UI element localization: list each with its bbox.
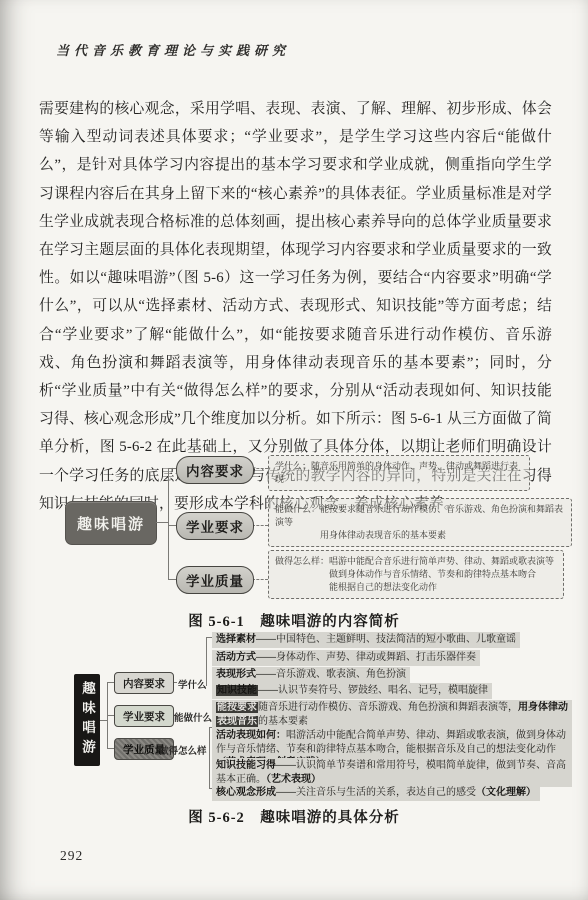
connector-line [252,525,268,526]
row-text: 关注音乐与生活的关系，表达自己的感受 [296,787,476,798]
fig2-row-knowledge-acquisition: 知识技能习得——认识简单节奏谱和常用符号，模唱简单旋律，做到节奏、音高基本正确。… [212,758,572,787]
connector-line [168,579,176,580]
connector-line [107,682,114,683]
fig1-note-what-to-learn: 学什么：随音乐用简单的身体动作、声势、律动或舞蹈进行表现 [268,455,530,491]
fig1-branch-academic-requirement: 学业要求 [176,512,254,540]
row-separator: —— [256,634,276,645]
connector-line [252,468,268,469]
book-page: 当代音乐教育理论与实践研究 需要建构的核心观念，采用学唱、表现、表演、了解、理解… [0,0,588,900]
row-separator: —— [256,669,276,680]
fig2-question-how-well-done: 做得怎么样 [159,743,207,757]
fig1-root-node: 趣味唱游 [66,502,156,544]
row-segment-inverted: 表现音乐 [216,716,258,727]
row-text: 身体动作、声势、律动或舞蹈、打击乐器伴奏 [276,652,476,663]
row-text: 认识节奏符号、锣鼓经、唱名、记号，模唱旋律 [278,685,488,696]
page-number: 292 [60,848,83,864]
connector-line [168,468,169,580]
connector-line [107,715,114,716]
fig2-row-core-concept: 核心观念形成——关注音乐与生活的关系，表达自己的感受（文化理解） [212,785,540,801]
row-separator: —— [256,652,276,663]
connector-line [168,468,176,469]
row-label: 活动方式 [216,652,256,663]
row-text: 音乐游戏、歌表演、角色扮演 [276,669,406,680]
figure-5-6-1: 趣味唱游 内容要求 学业要求 学业质量 学什么：随音乐用简单的身体动作、声势、律… [0,452,588,608]
fig1-branch-academic-quality: 学业质量 [176,566,254,594]
connector-line [252,579,268,580]
row-text: 的基本要素 [258,716,308,727]
fig2-row-knowledge-skills: 知识技能——认识节奏符号、锣鼓经、唱名、记号，模唱旋律 [212,683,492,699]
figure2-caption: 图 5-6-2 趣味唱游的具体分析 [0,806,588,827]
figure-5-6-2: 趣味唱游 内容要求 学业要求 学业质量 学什么 能做什么 做得怎么样 选择素材—… [0,628,588,806]
fig1-branch-content-requirement: 内容要求 [176,456,254,484]
row-separator: —— [276,787,296,798]
row-label: 活动表现如何： [216,730,286,741]
row-label: 选择素材 [216,634,256,645]
row-label: 核心观念形成 [216,787,276,798]
row-text: 随音乐进行动作模仿、音乐游戏、角色扮演和舞蹈表演等， [258,702,518,713]
fig2-root-node: 趣味唱游 [74,674,100,766]
fig1-note-how-well-done: 做得怎么样：唱游中能配合音乐进行简单声势、律动、舞蹈或歌表演等 做到身体动作与音… [268,550,564,599]
fig2-question-what-to-learn: 学什么 [178,677,207,691]
fig2-question-what-can-do: 能做什么 [174,710,212,724]
row-separator: —— [258,685,278,696]
connector-line [100,720,107,721]
row-segment-inverted: 能按要求 [216,702,258,713]
row-label: 知识技能习得 [216,760,276,771]
bracket-line [209,727,210,789]
row-suffix-bold: （艺术表现） [266,774,321,785]
fig2-row-activity-mode: 活动方式——身体动作、声势、律动或舞蹈、打击乐器伴奏 [212,650,480,666]
row-separator: —— [276,760,296,771]
fig2-row-select-material: 选择素材——中国特色、主题鲜明、技法简洁的短小歌曲、儿歌童谣 [212,632,520,648]
fig2-row-what-can-do: 能按要求随音乐进行动作模仿、音乐游戏、角色扮演和舞蹈表演等，用身体律动表现音乐的… [212,700,572,729]
fig2-branch-content-requirement: 内容要求 [114,672,174,694]
row-label-inverted: 知识技能 [216,685,258,696]
bracket-line [206,637,207,686]
fig1-note-what-can-do: 能做什么：能按要求随音乐进行动作模仿、音乐游戏、角色扮演和舞蹈表演等 用身体律动… [268,498,572,547]
running-head: 当代音乐教育理论与实践研究 [56,40,290,59]
row-label: 表现形式 [216,669,256,680]
row-text: 中国特色、主题鲜明、技法简洁的短小歌曲、儿歌童谣 [276,634,516,645]
fig2-row-performance-form: 表现形式——音乐游戏、歌表演、角色扮演 [212,667,410,683]
connector-line [156,522,168,523]
row-segment-bold: 用身体律动 [518,702,568,713]
row-suffix-bold: （文化理解） [476,787,536,798]
fig2-branch-academic-requirement: 学业要求 [114,705,174,727]
connector-line [168,525,176,526]
connector-line [107,748,114,749]
